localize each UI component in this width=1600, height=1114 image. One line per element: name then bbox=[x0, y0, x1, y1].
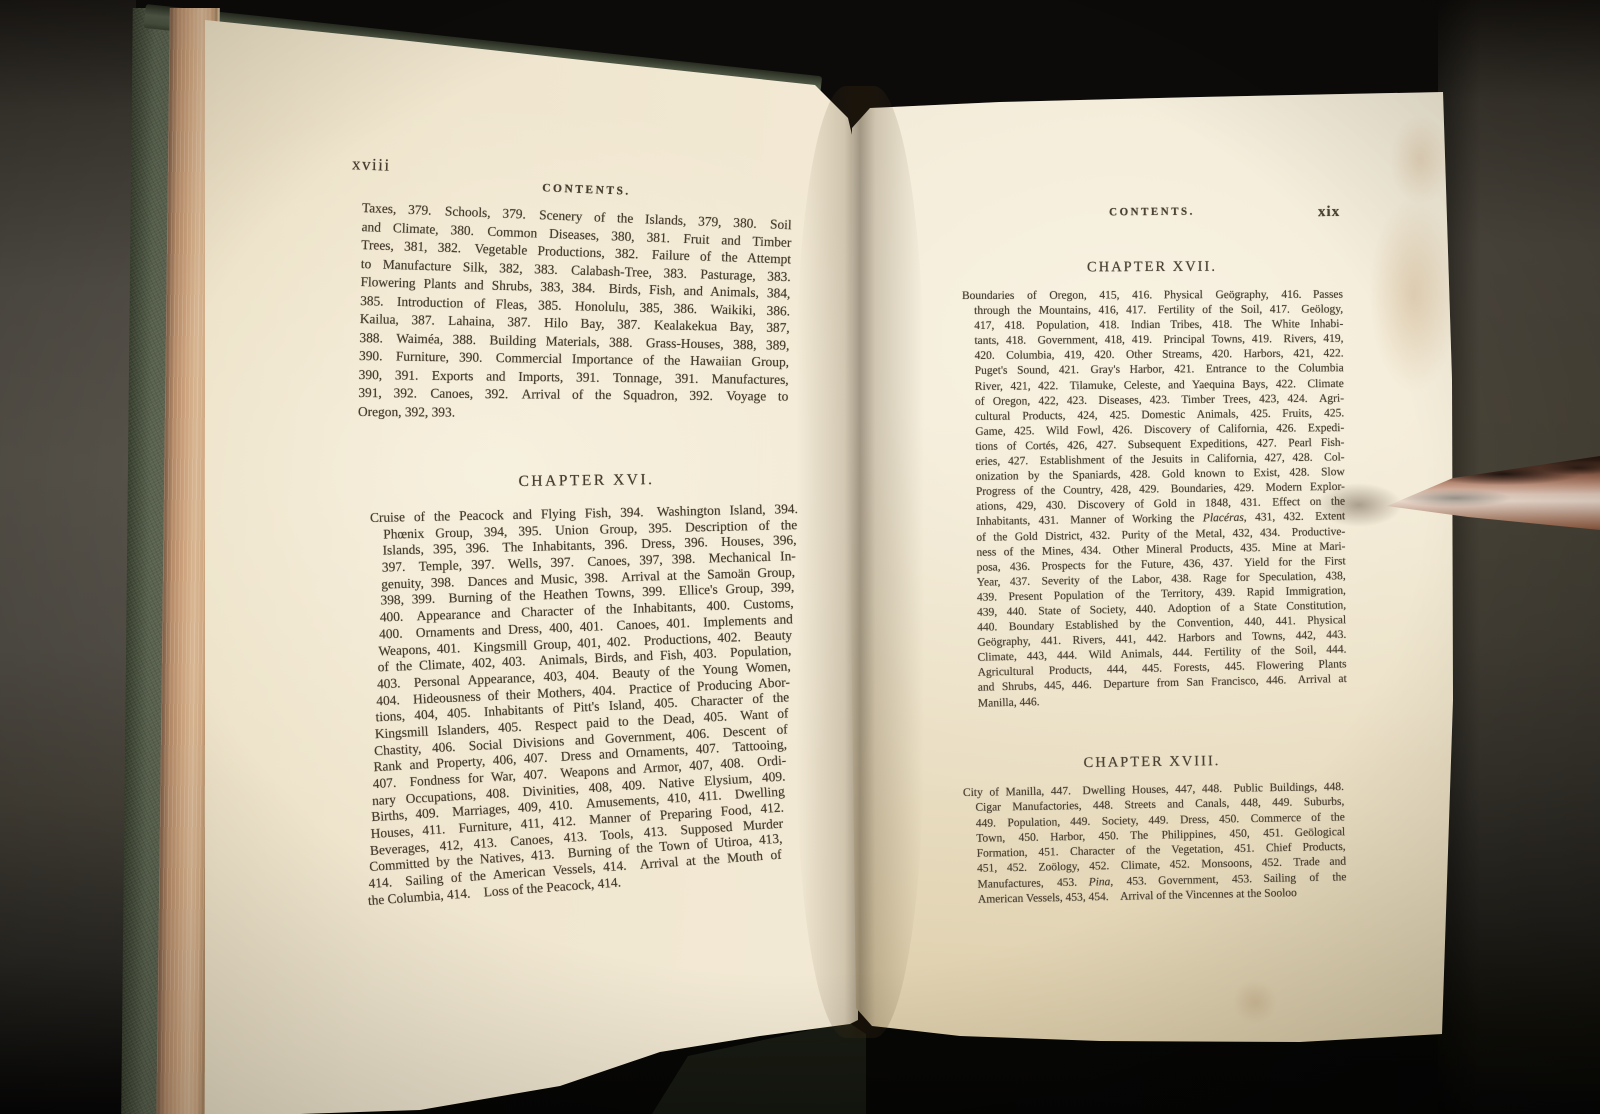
chapter-xvi-entries: Cruise of the Peacock and Flying Fish, 3… bbox=[368, 510, 796, 911]
chapter-xvii-heading: CHAPTER XVII. bbox=[962, 258, 1342, 277]
toc-line: Oregon, 392, 393. bbox=[358, 403, 788, 424]
book-gutter-shadow bbox=[796, 86, 924, 1038]
background-wall-right bbox=[1438, 0, 1600, 1114]
chapter-xvii-entries: Boundaries of Oregon, 415, 416. Physical… bbox=[962, 289, 1343, 712]
letter-opener-shadow bbox=[1316, 483, 1402, 527]
background-wall-left bbox=[0, 0, 136, 1114]
photo-of-open-book: xviii CONTENTS. Taxes, 379. Schools, 379… bbox=[0, 0, 1600, 1114]
left-page-folio: xviii bbox=[352, 154, 391, 175]
right-page-folio: xix bbox=[1318, 204, 1340, 221]
chapter-xviii-entries: City of Manilla, 447. Dwelling Houses, 4… bbox=[962, 786, 1343, 908]
chapter-xv-continuation-entries: Taxes, 379. Schools, 379. Scenery of the… bbox=[362, 199, 792, 421]
